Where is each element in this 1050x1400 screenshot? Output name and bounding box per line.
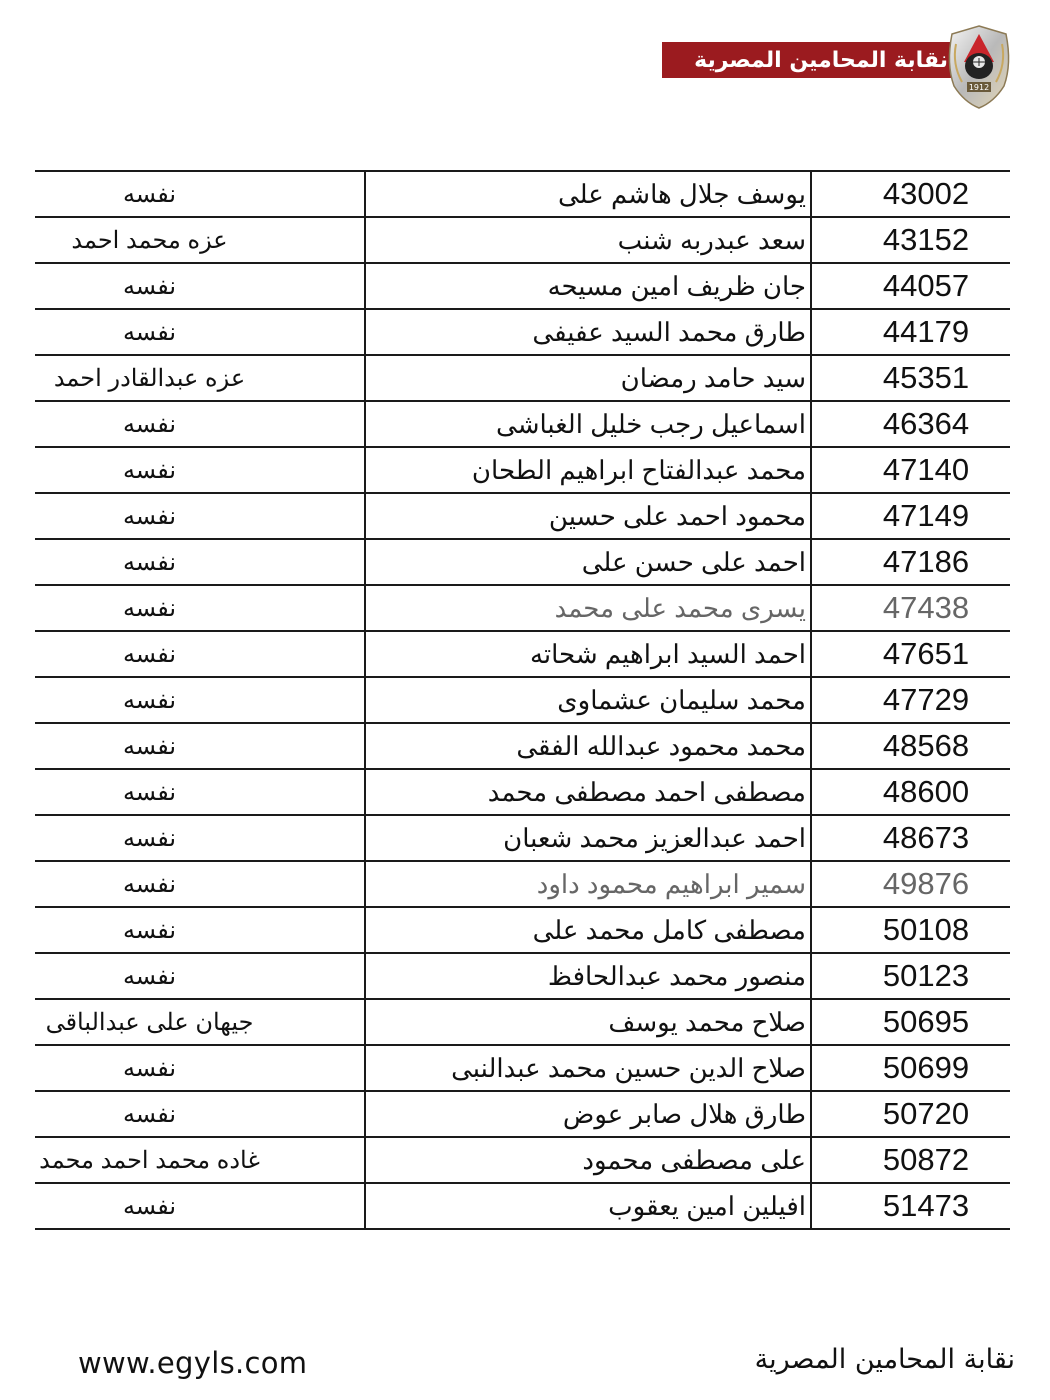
beneficiary-cell: نفسه bbox=[35, 401, 365, 447]
table-row: 50108مصطفى كامل محمد علىنفسه bbox=[35, 907, 1010, 953]
table-row: 51473افيلين امين يعقوبنفسه bbox=[35, 1183, 1010, 1229]
beneficiary-cell: نفسه bbox=[35, 309, 365, 355]
member-name-cell: يوسف جلال هاشم على bbox=[365, 171, 811, 217]
beneficiary-cell: نفسه bbox=[35, 1183, 365, 1229]
member-number-cell: 50108 bbox=[811, 907, 1010, 953]
table-row: 50123منصور محمد عبدالحافظنفسه bbox=[35, 953, 1010, 999]
svg-text:1912: 1912 bbox=[969, 83, 989, 92]
beneficiary-cell: عزه محمد احمد bbox=[35, 217, 365, 263]
member-number-cell: 44057 bbox=[811, 263, 1010, 309]
beneficiary-cell: نفسه bbox=[35, 631, 365, 677]
member-name-cell: محمد سليمان عشماوى bbox=[365, 677, 811, 723]
beneficiary-cell: نفسه bbox=[35, 539, 365, 585]
member-number-cell: 43002 bbox=[811, 171, 1010, 217]
footer-website-link[interactable]: www.egyls.com bbox=[78, 1346, 307, 1380]
member-number-cell: 50695 bbox=[811, 999, 1010, 1045]
table-row: 50695صلاح محمد يوسفجيهان على عبدالباقى bbox=[35, 999, 1010, 1045]
member-number-cell: 50123 bbox=[811, 953, 1010, 999]
beneficiary-cell: نفسه bbox=[35, 493, 365, 539]
beneficiary-cell: نفسه bbox=[35, 953, 365, 999]
member-name-cell: سمير ابراهيم محمود داود bbox=[365, 861, 811, 907]
beneficiary-cell: نفسه bbox=[35, 1091, 365, 1137]
table-row: 47149محمود احمد على حسيننفسه bbox=[35, 493, 1010, 539]
beneficiary-cell: غاده محمد احمد محمد bbox=[35, 1137, 365, 1183]
member-number-cell: 47149 bbox=[811, 493, 1010, 539]
shield-emblem-icon: 1912 bbox=[944, 24, 1014, 110]
beneficiary-cell: نفسه bbox=[35, 861, 365, 907]
footer-org-name: نقابة المحامين المصرية bbox=[755, 1344, 1015, 1375]
member-name-cell: احمد السيد ابراهيم شحاته bbox=[365, 631, 811, 677]
member-name-cell: سعد عبدربه شنب bbox=[365, 217, 811, 263]
table-row: 49876سمير ابراهيم محمود داودنفسه bbox=[35, 861, 1010, 907]
table-row: 48600مصطفى احمد مصطفى محمدنفسه bbox=[35, 769, 1010, 815]
member-number-cell: 46364 bbox=[811, 401, 1010, 447]
beneficiary-cell: نفسه bbox=[35, 585, 365, 631]
table-row: 50872على مصطفى محمودغاده محمد احمد محمد bbox=[35, 1137, 1010, 1183]
table-row: 47729محمد سليمان عشماوىنفسه bbox=[35, 677, 1010, 723]
member-name-cell: طارق هلال صابر عوض bbox=[365, 1091, 811, 1137]
member-name-cell: جان ظريف امين مسيحه bbox=[365, 263, 811, 309]
member-number-cell: 47140 bbox=[811, 447, 1010, 493]
table-row: 43002يوسف جلال هاشم علىنفسه bbox=[35, 171, 1010, 217]
member-number-cell: 50720 bbox=[811, 1091, 1010, 1137]
member-number-cell: 48568 bbox=[811, 723, 1010, 769]
table-row: 45351سيد حامد رمضانعزه عبدالقادر احمد bbox=[35, 355, 1010, 401]
table-row: 47186احمد على حسن علىنفسه bbox=[35, 539, 1010, 585]
member-number-cell: 47438 bbox=[811, 585, 1010, 631]
beneficiary-cell: نفسه bbox=[35, 171, 365, 217]
table-row: 44179طارق محمد السيد عفيفىنفسه bbox=[35, 309, 1010, 355]
member-name-cell: احمد عبدالعزيز محمد شعبان bbox=[365, 815, 811, 861]
beneficiary-cell: جيهان على عبدالباقى bbox=[35, 999, 365, 1045]
table-row: 50720طارق هلال صابر عوضنفسه bbox=[35, 1091, 1010, 1137]
member-name-cell: مصطفى احمد مصطفى محمد bbox=[365, 769, 811, 815]
member-name-cell: افيلين امين يعقوب bbox=[365, 1183, 811, 1229]
table-row: 48568محمد محمود عبدالله الفقىنفسه bbox=[35, 723, 1010, 769]
member-number-cell: 51473 bbox=[811, 1183, 1010, 1229]
member-name-cell: يسرى محمد على محمد bbox=[365, 585, 811, 631]
member-number-cell: 48600 bbox=[811, 769, 1010, 815]
member-name-cell: محمد محمود عبدالله الفقى bbox=[365, 723, 811, 769]
member-number-cell: 47186 bbox=[811, 539, 1010, 585]
member-name-cell: صلاح الدين حسين محمد عبدالنبى bbox=[365, 1045, 811, 1091]
table-row: 46364اسماعيل رجب خليل الغباشىنفسه bbox=[35, 401, 1010, 447]
member-name-cell: احمد على حسن على bbox=[365, 539, 811, 585]
table-row: 43152سعد عبدربه شنبعزه محمد احمد bbox=[35, 217, 1010, 263]
table-row: 47651احمد السيد ابراهيم شحاتهنفسه bbox=[35, 631, 1010, 677]
member-name-cell: منصور محمد عبدالحافظ bbox=[365, 953, 811, 999]
member-name-cell: سيد حامد رمضان bbox=[365, 355, 811, 401]
member-name-cell: على مصطفى محمود bbox=[365, 1137, 811, 1183]
beneficiary-cell: نفسه bbox=[35, 723, 365, 769]
member-number-cell: 47651 bbox=[811, 631, 1010, 677]
table-row: 44057جان ظريف امين مسيحهنفسه bbox=[35, 263, 1010, 309]
members-table: 43002يوسف جلال هاشم علىنفسه43152سعد عبدر… bbox=[35, 170, 1010, 1230]
table-row: 48673احمد عبدالعزيز محمد شعباننفسه bbox=[35, 815, 1010, 861]
beneficiary-cell: نفسه bbox=[35, 677, 365, 723]
beneficiary-cell: نفسه bbox=[35, 1045, 365, 1091]
member-name-cell: محمد عبدالفتاح ابراهيم الطحان bbox=[365, 447, 811, 493]
member-name-cell: مصطفى كامل محمد على bbox=[365, 907, 811, 953]
member-name-cell: اسماعيل رجب خليل الغباشى bbox=[365, 401, 811, 447]
table-row: 47140محمد عبدالفتاح ابراهيم الطحاننفسه bbox=[35, 447, 1010, 493]
member-name-cell: محمود احمد على حسين bbox=[365, 493, 811, 539]
member-number-cell: 48673 bbox=[811, 815, 1010, 861]
beneficiary-cell: عزه عبدالقادر احمد bbox=[35, 355, 365, 401]
header-banner: نقابة المحامين المصرية bbox=[662, 42, 962, 78]
beneficiary-cell: نفسه bbox=[35, 907, 365, 953]
member-number-cell: 43152 bbox=[811, 217, 1010, 263]
beneficiary-cell: نفسه bbox=[35, 815, 365, 861]
member-number-cell: 45351 bbox=[811, 355, 1010, 401]
member-number-cell: 50872 bbox=[811, 1137, 1010, 1183]
member-name-cell: طارق محمد السيد عفيفى bbox=[365, 309, 811, 355]
member-number-cell: 50699 bbox=[811, 1045, 1010, 1091]
beneficiary-cell: نفسه bbox=[35, 447, 365, 493]
table-row: 47438يسرى محمد على محمدنفسه bbox=[35, 585, 1010, 631]
table-row: 50699صلاح الدين حسين محمد عبدالنبىنفسه bbox=[35, 1045, 1010, 1091]
header-title: نقابة المحامين المصرية bbox=[694, 48, 948, 73]
beneficiary-cell: نفسه bbox=[35, 263, 365, 309]
beneficiary-cell: نفسه bbox=[35, 769, 365, 815]
member-number-cell: 49876 bbox=[811, 861, 1010, 907]
member-number-cell: 47729 bbox=[811, 677, 1010, 723]
member-name-cell: صلاح محمد يوسف bbox=[365, 999, 811, 1045]
member-number-cell: 44179 bbox=[811, 309, 1010, 355]
